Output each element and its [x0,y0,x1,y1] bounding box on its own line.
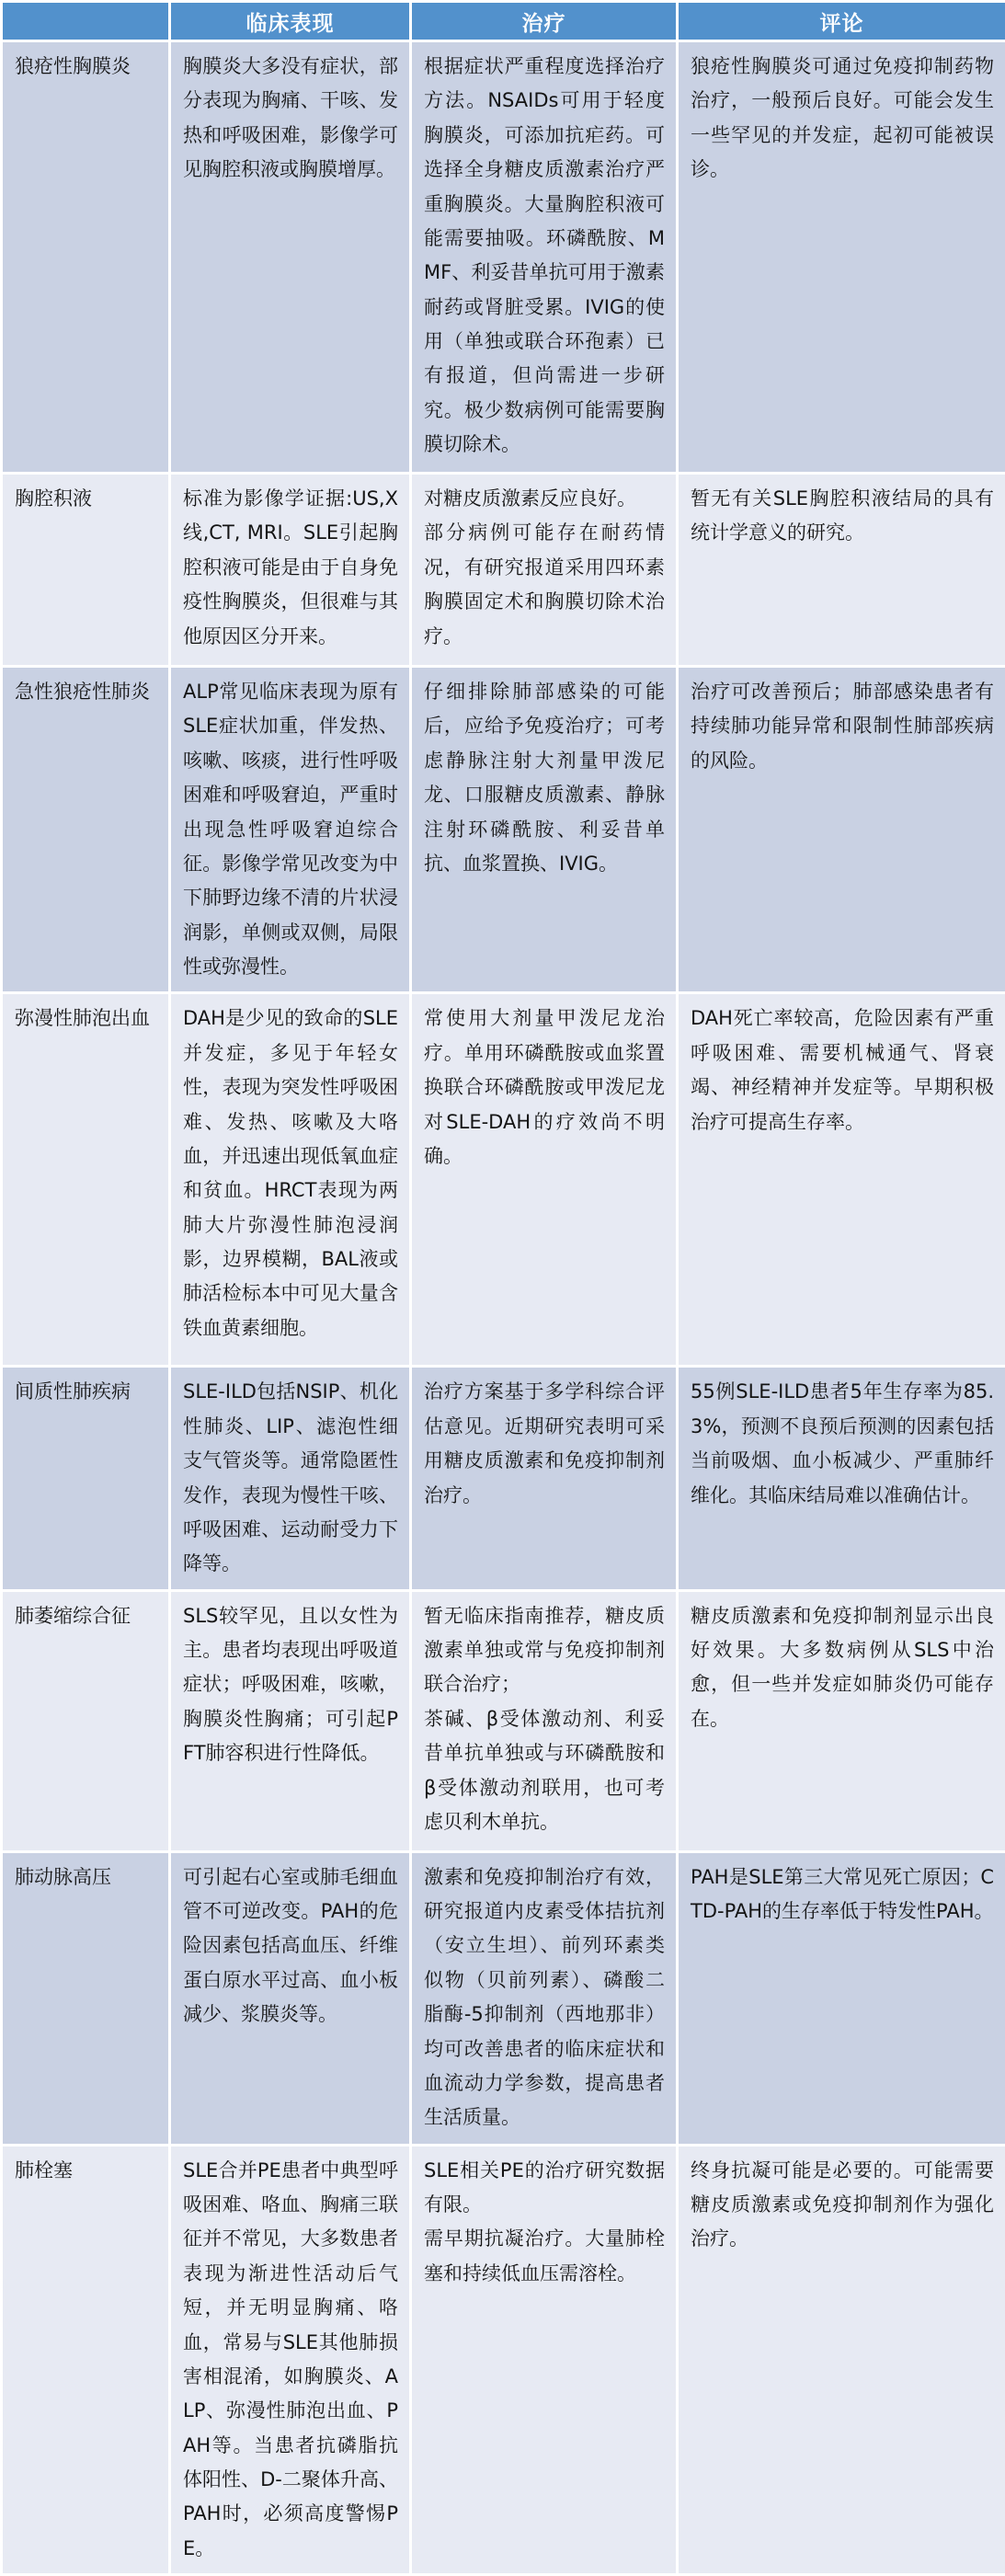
clinical-cell: ALP常见临床表现为原有SLE症状加重，伴发热、咳嗽、咳痰，进行性呼吸困难和呼吸… [170,667,411,993]
clinical-cell: SLS较罕见，且以女性为主。患者均表现出呼吸道症状；呼吸困难，咳嗽，胸膜炎性胸痛… [170,1590,411,1851]
row-label: 间质性肺疾病 [2,1367,170,1590]
data-table: 临床表现 治疗 评论 狼疮性胸膜炎 胸膜炎大多没有症状，部分表现为胸痛、干咳、发… [0,0,1005,2576]
comment-cell: 治疗可改善预后；肺部感染患者有持续肺功能异常和限制性肺部疾病的风险。 [678,667,1005,993]
sle-lung-complications-table: 临床表现 治疗 评论 狼疮性胸膜炎 胸膜炎大多没有症状，部分表现为胸痛、干咳、发… [0,0,1005,2576]
clinical-cell: 标准为影像学证据:US,X线,CT, MRI。SLE引起胸腔积液可能是由于自身免… [170,474,411,667]
comment-cell: 55例SLE-ILD患者5年生存率为85.3%，预测不良预后预测的因素包括当前吸… [678,1367,1005,1590]
treatment-cell: 仔细排除肺部感染的可能后，应给予免疫治疗；可考虑静脉注射大剂量甲泼尼龙、口服糖皮… [411,667,678,993]
table-row: 肺动脉高压 可引起右心室或肺毛细血管不可逆改变。PAH的危险因素包括高血压、纤维… [2,1851,1005,2145]
comment-cell: 狼疮性胸膜炎可通过免疫抑制药物治疗，一般预后良好。可能会发生一些罕见的并发症，起… [678,41,1005,474]
comment-cell: DAH死亡率较高，危险因素有严重呼吸困难、需要机械通气、肾衰竭、神经精神并发症等… [678,993,1005,1367]
table-header-row: 临床表现 治疗 评论 [2,2,1005,41]
row-label: 急性狼疮性肺炎 [2,667,170,993]
comment-cell: 糖皮质激素和免疫抑制剂显示出良好效果。大多数病例从SLS中治愈，但一些并发症如肺… [678,1590,1005,1851]
row-label: 肺栓塞 [2,2145,170,2575]
comment-cell: PAH是SLE第三大常见死亡原因；CTD-PAH的生存率低于特发性PAH。 [678,1851,1005,2145]
treatment-cell: 常使用大剂量甲泼尼龙治疗。单用环磷酰胺或血浆置换联合环磷酰胺或甲泼尼龙对SLE-… [411,993,678,1367]
treatment-cell: 对糖皮质激素反应良好。 部分病例可能存在耐药情况，有研究报道采用四环素胸膜固定术… [411,474,678,667]
row-label: 肺动脉高压 [2,1851,170,2145]
table-row: 肺栓塞 SLE合并PE患者中典型呼吸困难、咯血、胸痛三联征并不常见，大多数患者表… [2,2145,1005,2575]
table-row: 胸腔积液 标准为影像学证据:US,X线,CT, MRI。SLE引起胸腔积液可能是… [2,474,1005,667]
treatment-cell: 根据症状严重程度选择治疗方法。NSAIDs可用于轻度胸膜炎，可添加抗疟药。可选择… [411,41,678,474]
treatment-cell: 治疗方案基于多学科综合评估意见。近期研究表明可采用糖皮质激素和免疫抑制剂治疗。 [411,1367,678,1590]
row-label: 狼疮性胸膜炎 [2,41,170,474]
treatment-cell: SLE相关PE的治疗研究数据有限。 需早期抗凝治疗。大量肺栓塞和持续低血压需溶栓… [411,2145,678,2575]
clinical-cell: 胸膜炎大多没有症状，部分表现为胸痛、干咳、发热和呼吸困难，影像学可见胸腔积液或胸… [170,41,411,474]
clinical-cell: SLE-ILD包括NSIP、机化性肺炎、LIP、滤泡性细支气管炎等。通常隐匿性发… [170,1367,411,1590]
clinical-cell: DAH是少见的致命的SLE并发症，多见于年轻女性，表现为突发性呼吸困难、发热、咳… [170,993,411,1367]
treatment-cell: 暂无临床指南推荐，糖皮质激素单独或常与免疫抑制剂联合治疗； 茶碱、β受体激动剂、… [411,1590,678,1851]
treatment-cell: 激素和免疫抑制治疗有效，研究报道内皮素受体拮抗剂（安立生坦）、前列环素类似物（贝… [411,1851,678,2145]
header-row-label [2,2,170,41]
header-treatment: 治疗 [411,2,678,41]
row-label: 胸腔积液 [2,474,170,667]
row-label: 弥漫性肺泡出血 [2,993,170,1367]
clinical-cell: SLE合并PE患者中典型呼吸困难、咯血、胸痛三联征并不常见，大多数患者表现为渐进… [170,2145,411,2575]
clinical-cell: 可引起右心室或肺毛细血管不可逆改变。PAH的危险因素包括高血压、纤维蛋白原水平过… [170,1851,411,2145]
table-row: 弥漫性肺泡出血 DAH是少见的致命的SLE并发症，多见于年轻女性，表现为突发性呼… [2,993,1005,1367]
header-clinical: 临床表现 [170,2,411,41]
header-comment: 评论 [678,2,1005,41]
row-label: 肺萎缩综合征 [2,1590,170,1851]
comment-cell: 终身抗凝可能是必要的。可能需要糖皮质激素或免疫抑制剂作为强化治疗。 [678,2145,1005,2575]
table-row: 狼疮性胸膜炎 胸膜炎大多没有症状，部分表现为胸痛、干咳、发热和呼吸困难，影像学可… [2,41,1005,474]
table-row: 急性狼疮性肺炎 ALP常见临床表现为原有SLE症状加重，伴发热、咳嗽、咳痰，进行… [2,667,1005,993]
table-row: 肺萎缩综合征 SLS较罕见，且以女性为主。患者均表现出呼吸道症状；呼吸困难，咳嗽… [2,1590,1005,1851]
table-row: 间质性肺疾病 SLE-ILD包括NSIP、机化性肺炎、LIP、滤泡性细支气管炎等… [2,1367,1005,1590]
comment-cell: 暂无有关SLE胸腔积液结局的具有统计学意义的研究。 [678,474,1005,667]
